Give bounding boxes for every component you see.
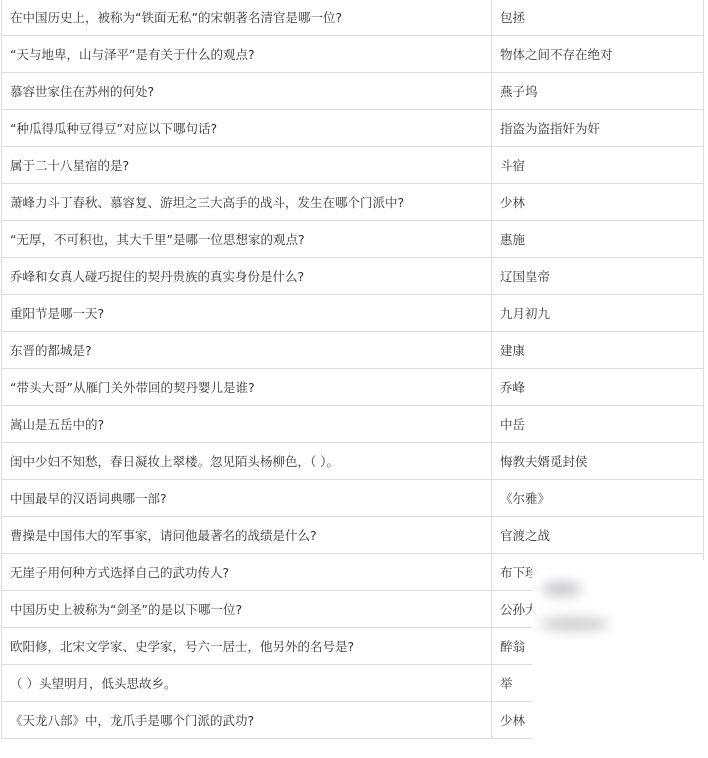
question-cell: “天与地卑，山与泽平”是有关于什么的观点?: [2, 36, 492, 73]
table-row: 闺中少妇不知愁，春日凝妆上翠楼。忽见陌头杨柳色，（ ）。悔教夫婿觅封侯: [2, 443, 704, 480]
table-row: 中国最早的汉语词典哪一部?《尔雅》: [2, 480, 704, 517]
question-cell: 中国历史上被称为“剑圣”的是以下哪一位?: [2, 591, 492, 628]
table-row: 东晋的都城是?建康: [2, 332, 704, 369]
table-row: 在中国历史上，被称为“铁面无私”的宋朝著名清官是哪一位?包拯: [2, 0, 704, 36]
question-cell: 重阳节是哪一天?: [2, 295, 492, 332]
answer-cell: 官渡之战: [492, 517, 704, 554]
question-cell: 中国最早的汉语词典哪一部?: [2, 480, 492, 517]
question-cell: 《天龙八部》中，龙爪手是哪个门派的武功?: [2, 702, 492, 739]
answer-cell: 建康: [492, 332, 704, 369]
qa-page: 在中国历史上，被称为“铁面无私”的宋朝著名清官是哪一位?包拯 “天与地卑，山与泽…: [0, 0, 708, 758]
question-cell: 嵩山是五岳中的?: [2, 406, 492, 443]
answer-cell: 燕子坞: [492, 73, 704, 110]
table-row: “无厚，不可积也，其大千里”是哪一位思想家的观点?惠施: [2, 221, 704, 258]
table-row: 嵩山是五岳中的?中岳: [2, 406, 704, 443]
question-cell: “种瓜得瓜种豆得豆”对应以下哪句话?: [2, 110, 492, 147]
answer-cell: 悔教夫婿觅封侯: [492, 443, 704, 480]
smudge-mark: [540, 618, 610, 630]
question-cell: 无崖子用何种方式选择自己的武功传人?: [2, 554, 492, 591]
answer-cell: 少林: [492, 184, 704, 221]
question-cell: 属于二十八星宿的是?: [2, 147, 492, 184]
table-row: 乔峰和女真人碰巧捉住的契丹贵族的真实身份是什么?辽国皇帝: [2, 258, 704, 295]
answer-cell: 中岳: [492, 406, 704, 443]
question-cell: “带头大哥”从雁门关外带回的契丹婴儿是谁?: [2, 369, 492, 406]
table-row: 萧峰力斗丁春秋、慕容复、游坦之三大高手的战斗，发生在哪个门派中?少林: [2, 184, 704, 221]
question-cell: （ ）头望明月，低头思故乡。: [2, 665, 492, 702]
table-row: 慕容世家住在苏州的何处?燕子坞: [2, 73, 704, 110]
answer-cell: 乔峰: [492, 369, 704, 406]
answer-cell: 物体之间不存在绝对: [492, 36, 704, 73]
table-row: 重阳节是哪一天?九月初九: [2, 295, 704, 332]
question-cell: “无厚，不可积也，其大千里”是哪一位思想家的观点?: [2, 221, 492, 258]
question-cell: 东晋的都城是?: [2, 332, 492, 369]
question-cell: 闺中少妇不知愁，春日凝妆上翠楼。忽见陌头杨柳色，（ ）。: [2, 443, 492, 480]
table-row: “带头大哥”从雁门关外带回的契丹婴儿是谁?乔峰: [2, 369, 704, 406]
answer-cell: 指盗为盗指奸为奸: [492, 110, 704, 147]
answer-cell: 九月初九: [492, 295, 704, 332]
question-cell: 曹操是中国伟大的军事家，请问他最著名的战绩是什么?: [2, 517, 492, 554]
question-cell: 在中国历史上，被称为“铁面无私”的宋朝著名清官是哪一位?: [2, 0, 492, 36]
question-cell: 乔峰和女真人碰巧捉住的契丹贵族的真实身份是什么?: [2, 258, 492, 295]
table-row: “天与地卑，山与泽平”是有关于什么的观点?物体之间不存在绝对: [2, 36, 704, 73]
answer-cell: 惠施: [492, 221, 704, 258]
answer-cell: 辽国皇帝: [492, 258, 704, 295]
question-cell: 萧峰力斗丁春秋、慕容复、游坦之三大高手的战斗，发生在哪个门派中?: [2, 184, 492, 221]
smudge-mark: [542, 582, 582, 596]
answer-cell: 斗宿: [492, 147, 704, 184]
table-row: “种瓜得瓜种豆得豆”对应以下哪句话?指盗为盗指奸为奸: [2, 110, 704, 147]
table-row: 属于二十八星宿的是?斗宿: [2, 147, 704, 184]
answer-cell: 《尔雅》: [492, 480, 704, 517]
question-cell: 慕容世家住在苏州的何处?: [2, 73, 492, 110]
image-obscuring-overlay: [532, 560, 708, 758]
table-row: 曹操是中国伟大的军事家，请问他最著名的战绩是什么?官渡之战: [2, 517, 704, 554]
answer-cell: 包拯: [492, 0, 704, 36]
question-cell: 欧阳修，北宋文学家、史学家，号六一居士，他另外的名号是?: [2, 628, 492, 665]
